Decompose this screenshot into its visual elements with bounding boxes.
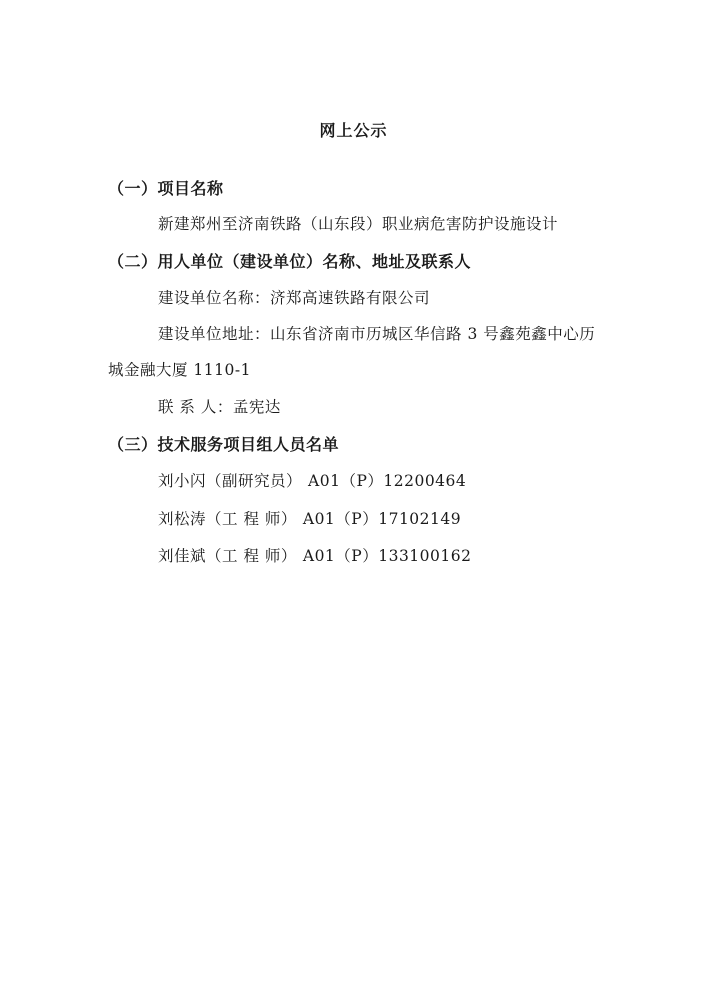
member-name: 刘佳斌	[158, 547, 206, 565]
member-name: 刘松涛	[158, 510, 206, 528]
document-page: 网上公示 （一）项目名称 新建郑州至济南铁路（山东段）职业病危害防护设施设计 （…	[0, 0, 707, 1000]
unit-name-label: 建设单位名称：	[158, 289, 270, 307]
contact-row: 联 系 人：孟宪达	[158, 395, 281, 417]
page-title: 网上公示	[0, 118, 707, 141]
team-member-row: 刘小闪（副研究员）A01（P）12200464	[158, 469, 466, 491]
unit-name-value: 济郑高速铁路有限公司	[270, 289, 430, 307]
project-name: 新建郑州至济南铁路（山东段）职业病危害防护设施设计	[158, 212, 558, 234]
section-heading-employer: （二）用人单位（建设单位）名称、地址及联系人	[108, 249, 471, 272]
member-cert: A01（P）133100162	[303, 547, 472, 565]
unit-address-continued: 城金融大厦 1110-1	[108, 358, 251, 380]
contact-label: 联 系 人：	[158, 398, 233, 416]
member-cert: A01（P）17102149	[303, 510, 461, 528]
team-member-row: 刘松涛（工 程 师）A01（P）17102149	[158, 507, 461, 529]
unit-address-label: 建设单位地址：	[158, 325, 270, 343]
unit-name-row: 建设单位名称：济郑高速铁路有限公司	[158, 286, 430, 308]
unit-address-value: 山东省济南市历城区华信路 3 号鑫苑鑫中心历	[270, 325, 595, 343]
member-title: （工 程 师）	[206, 547, 297, 565]
contact-value: 孟宪达	[233, 398, 281, 416]
member-cert: A01（P）12200464	[308, 472, 466, 490]
section-heading-project-name: （一）项目名称	[108, 176, 224, 199]
team-member-row: 刘佳斌（工 程 师）A01（P）133100162	[158, 544, 471, 566]
member-name: 刘小闪	[158, 472, 206, 490]
section-heading-team: （三）技术服务项目组人员名单	[108, 432, 339, 455]
member-title: （工 程 师）	[206, 510, 297, 528]
member-title: （副研究员）	[206, 472, 302, 490]
unit-address-row: 建设单位地址：山东省济南市历城区华信路 3 号鑫苑鑫中心历	[158, 322, 595, 344]
